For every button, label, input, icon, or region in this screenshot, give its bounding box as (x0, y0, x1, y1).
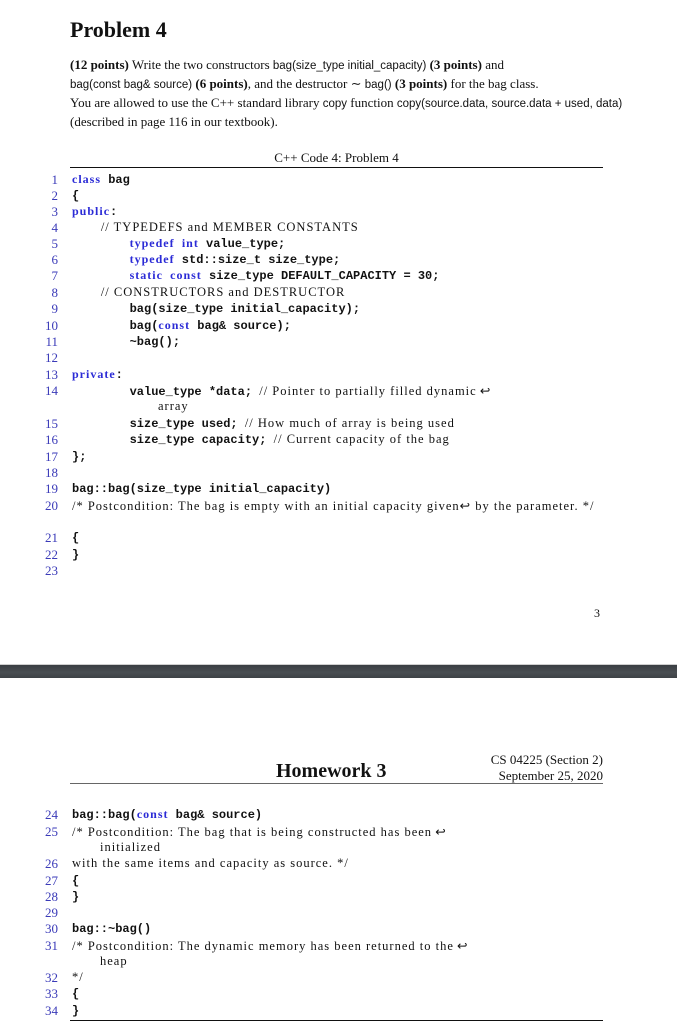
code-line: } (72, 1003, 79, 1018)
line-number: 3 (0, 204, 58, 220)
code-caption: C++ Code 4: Problem 4 (70, 150, 603, 166)
text: Write the two constructors (129, 57, 273, 72)
code-line: // CONSTRUCTORS and DESTRUCTOR (72, 285, 345, 300)
problem-statement: (12 points) Write the two constructors b… (70, 56, 670, 130)
line-number: 21 (0, 530, 58, 546)
code-line: bag::~bag() (72, 921, 151, 936)
homework-title: Homework 3 (276, 760, 387, 783)
code-line: typedef int value_type; (72, 236, 285, 251)
line-number: 12 (0, 350, 58, 366)
copy-word: copy (323, 98, 347, 110)
problem-title: Problem 4 (70, 17, 167, 43)
line-number: 5 (0, 236, 58, 252)
signature-3: bag() (365, 79, 392, 91)
line-number: 32 (0, 970, 58, 986)
line-number: 8 (0, 285, 58, 301)
line-number: 2 (0, 188, 58, 204)
line-number: 7 (0, 268, 58, 284)
pdf-page-4: Homework 3 CS 04225 (Section 2) Septembe… (0, 678, 677, 1024)
line-number: 13 (0, 367, 58, 383)
code-line: class bag (72, 172, 130, 187)
line-number: 17 (0, 449, 58, 465)
line-number: 11 (0, 334, 58, 350)
points-3: (3 points) (392, 76, 448, 91)
page-separator (0, 664, 677, 678)
line-number: 6 (0, 252, 58, 268)
code-line: size_type used; // How much of array is … (72, 416, 455, 431)
text: function (347, 95, 397, 110)
code-line: bag::bag(size_type initial_capacity) (72, 481, 331, 496)
text: , and the destructor ∼ (248, 76, 365, 91)
line-number: 31 (0, 938, 58, 954)
line-number: 16 (0, 432, 58, 448)
line-number: 24 (0, 807, 58, 823)
code-line-wrap: heap (100, 954, 128, 969)
points-total: (12 points) (70, 57, 129, 72)
points-1: (3 points) (426, 57, 482, 72)
code-line-wrap: array (158, 399, 189, 414)
code-bottom-rule (70, 1020, 603, 1021)
line-number: 18 (0, 465, 58, 481)
code-line: } (72, 547, 79, 562)
line-number: 14 (0, 383, 58, 399)
line-number: 10 (0, 318, 58, 334)
line-number: 23 (0, 563, 58, 579)
line-number: 20 (0, 498, 58, 514)
date: September 25, 2020 (491, 768, 603, 784)
line-number: 22 (0, 547, 58, 563)
line-number: 34 (0, 1003, 58, 1019)
signature-2: bag(const bag& source) (70, 79, 192, 91)
code-line: bag(size_type initial_capacity); (72, 301, 360, 316)
code-line: } (72, 889, 79, 904)
course-header: CS 04225 (Section 2) September 25, 2020 (491, 752, 603, 784)
line-number: 9 (0, 301, 58, 317)
code-line: bag(const bag& source); (72, 318, 291, 333)
code-line: public: (72, 204, 117, 219)
line-number: 15 (0, 416, 58, 432)
text: (described in page 116 in our textbook). (70, 114, 278, 129)
copy-call: copy(source.data, source.data + used, da… (397, 98, 622, 110)
code-line: ~bag(); (72, 334, 180, 349)
code-line: { (72, 530, 79, 545)
code-line: /* Postcondition: The bag that is being … (72, 824, 447, 840)
caption-rule (70, 167, 603, 168)
line-number: 25 (0, 824, 58, 840)
text: You are allowed to use the C++ standard … (70, 95, 323, 110)
header-rule (70, 783, 603, 784)
code-line: /* Postcondition: The bag is empty with … (72, 498, 595, 514)
code-line: { (72, 873, 79, 888)
line-number: 30 (0, 921, 58, 937)
code-line: */ (72, 970, 84, 985)
line-number: 19 (0, 481, 58, 497)
page-number: 3 (594, 606, 600, 621)
text: for the bag class. (447, 76, 538, 91)
points-2: (6 points) (192, 76, 248, 91)
code-line: { (72, 986, 79, 1001)
line-number: 27 (0, 873, 58, 889)
code-line: bag::bag(const bag& source) (72, 807, 262, 822)
code-line: { (72, 188, 79, 203)
signature-1: bag(size_type initial_capacity) (273, 60, 426, 72)
code-line: with the same items and capacity as sour… (72, 856, 349, 871)
text: and (482, 57, 504, 72)
line-number: 4 (0, 220, 58, 236)
code-line: size_type capacity; // Current capacity … (72, 432, 450, 447)
code-line: value_type *data; // Pointer to partiall… (72, 383, 491, 399)
course-id: CS 04225 (Section 2) (491, 752, 603, 768)
pdf-page-3: Problem 4 (12 points) Write the two cons… (0, 0, 677, 664)
line-number: 26 (0, 856, 58, 872)
line-number: 1 (0, 172, 58, 188)
line-number: 29 (0, 905, 58, 921)
code-line: static const size_type DEFAULT_CAPACITY … (72, 268, 439, 283)
line-number: 28 (0, 889, 58, 905)
code-line: }; (72, 449, 86, 464)
code-line-wrap: initialized (100, 840, 161, 855)
code-line: typedef std::size_t size_type; (72, 252, 340, 267)
code-line: /* Postcondition: The dynamic memory has… (72, 938, 469, 954)
code-line: private: (72, 367, 123, 382)
line-number: 33 (0, 986, 58, 1002)
code-line: // TYPEDEFS and MEMBER CONSTANTS (72, 220, 359, 235)
